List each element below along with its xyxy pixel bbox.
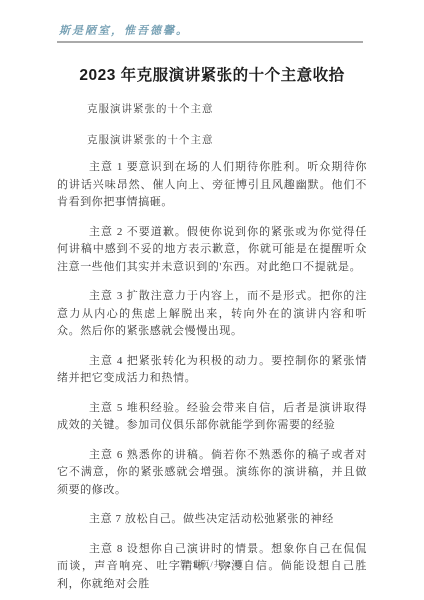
body-paragraph: 主意 2 不要道歉。假使你说到你的紧张或为你觉得任何讲稿中感到不妥的地方表示歉意… — [57, 224, 367, 277]
document-body: 主意 1 要意识到在场的人们期待你胜利。听众期待你的讲话兴味昂然、催人向上、旁征… — [57, 159, 367, 593]
document-title: 2023 年克服演讲紧张的十个主意收拾 — [57, 63, 367, 85]
body-paragraph: 主意 6 熟悉你的讲稿。倘若你不熟悉你的稿子或者对它不满意，你的紧张感就会增强。… — [57, 447, 367, 500]
body-paragraph: 主意 7 放松自己。做些决定活动松弛紧张的神经 — [57, 511, 367, 529]
body-paragraph: 主意 5 堆积经验。经验会带来自信，后者是演讲取得成效的关键。参加司仪俱乐部你就… — [57, 400, 367, 435]
body-paragraph: 主意 1 要意识到在场的人们期待你胜利。听众期待你的讲话兴味昂然、催人向上、旁征… — [57, 159, 367, 212]
document-page: 斯是陋室，惟吾德馨。 2023 年克服演讲紧张的十个主意收拾 克服演讲紧张的十个… — [0, 0, 424, 600]
footer-suffix: 页 — [232, 559, 245, 569]
header-motto: 斯是陋室，惟吾德馨。 — [59, 22, 367, 38]
footer-prefix: 第 — [180, 559, 193, 569]
subtitle-line: 克服演讲紧张的十个主意 — [57, 101, 367, 116]
page-number-footer: 第 1 页/共 2 页 — [0, 558, 424, 570]
subtitle-line: 克服演讲紧张的十个主意 — [57, 132, 367, 147]
footer-middle: 页/共 — [198, 559, 227, 569]
body-paragraph: 主意 4 把紧张转化为积极的动力。要控制你的紧张情绪并把它变成活力和热情。 — [57, 353, 367, 388]
header-divider — [57, 41, 363, 43]
body-paragraph: 主意 3 扩散注意力于内容上，而不是形式。把你的注意力从内心的焦虑上解脱出来，转… — [57, 288, 367, 341]
